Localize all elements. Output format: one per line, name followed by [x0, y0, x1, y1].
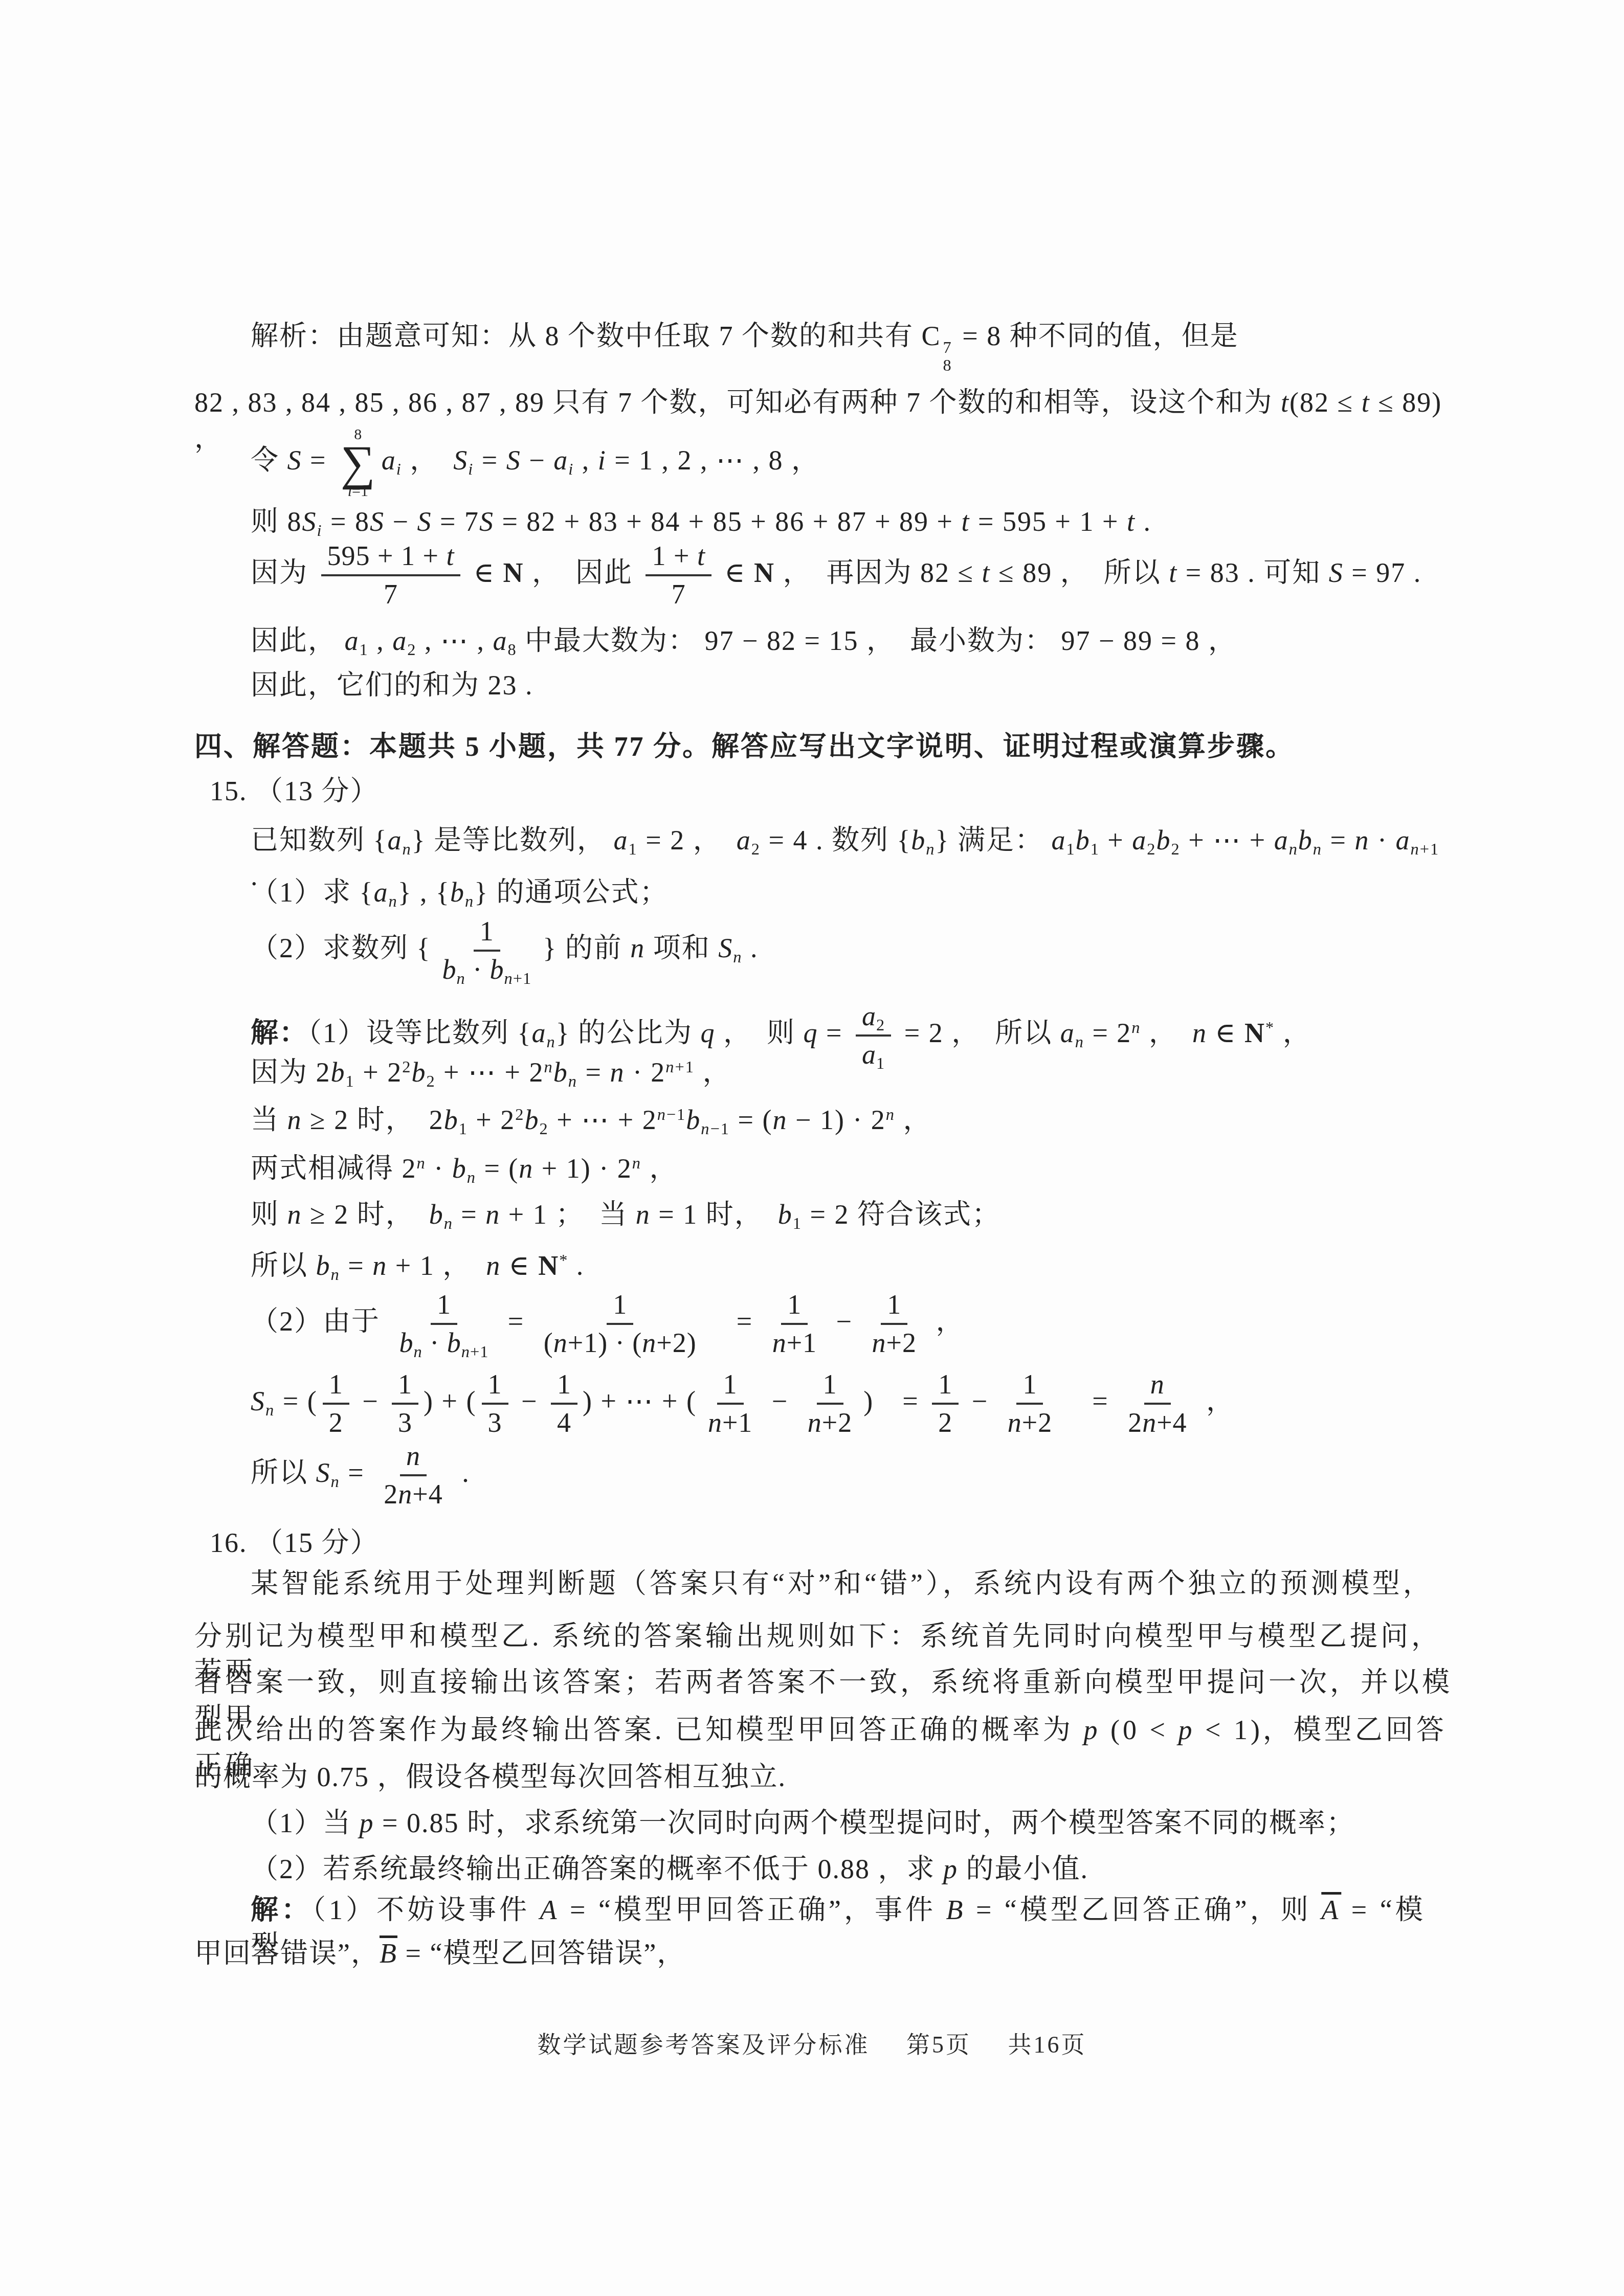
q14-sum-definition-formula: 令 S = 8∑i=1ai ， Si = S − ai , i = 1 , 2 … [251, 427, 1453, 499]
question-16-part2: （2）若系统最终输出正确答案的概率不低于 0.88 ，求 p 的最小值. [251, 1851, 1453, 1887]
q14-divisibility-formula: 因为 595 + 1 + t7 ∈ N ， 因此 1 + t7 ∈ N ， 再因… [251, 541, 1453, 610]
question-15-part2: （2）求数列 {1bn · bn+1} 的前 n 项和 Sn . [251, 916, 1453, 985]
q16-solution-line2: 甲回答错误”，B = “模型乙回答错误”， [194, 1935, 1453, 1971]
page-footer: 数学试题参考答案及评分标准 第5页 共16页 [0, 2026, 1624, 2060]
q15-solution-step3: 当 n ≥ 2 时， 2b1 + 22b2 + ⋯ + 2n−1bn−1 = (… [251, 1102, 1453, 1138]
q15-solution-step2: 因为 2b1 + 22b2 + ⋯ + 2nbn = n · 2n+1 ， [251, 1054, 1453, 1090]
q14-max-min-line: 因此， a1 , a2 , ⋯ , a8 中最大数为： 97 − 82 = 15… [251, 623, 1453, 659]
q15-solution-step5: 则 n ≥ 2 时， bn = n + 1 ； 当 n = 1 时， b1 = … [251, 1197, 1453, 1232]
q15-solution-step4: 两式相减得 2n · bn = (n + 1) · 2n ， [251, 1151, 1453, 1186]
question-15-part1: （1）求 {an} , {bn} 的通项公式； [251, 874, 1453, 910]
footer-total-pages: 共16页 [1008, 2032, 1087, 2058]
q15-part2-sn-result: 所以 Sn = n2n+4 . [251, 1441, 1453, 1510]
q15-part2-telescope-setup: （2）由于 1bn · bn+1 = 1(n+1) · (n+2) = 1n+1… [251, 1290, 1453, 1359]
q14-final-answer-line: 因此，它们的和为 23 . [251, 667, 1453, 703]
q14-sum-equation-formula: 则 8Si = 8S − S = 7S = 82 + 83 + 84 + 85 … [251, 504, 1453, 539]
exam-answer-page: 解析：由题意可知：从 8 个数中任取 7 个数的和共有 C78 = 8 种不同的… [0, 0, 1624, 2296]
question-16-number: 16. （15 分） [210, 1525, 1453, 1561]
question-15-number: 15. （13 分） [210, 773, 1453, 809]
q15-part2-sn-expansion: Sn = (12 − 13) + (13 − 14) + ⋯ + (1n+1 −… [251, 1369, 1453, 1438]
q15-solution-bn-result: 所以 bn = n + 1 ， n ∈ N* . [251, 1248, 1453, 1284]
q14-analysis-intro-line: 解析：由题意可知：从 8 个数中任取 7 个数的和共有 C78 = 8 种不同的… [251, 318, 1453, 375]
footer-page-number: 第5页 [906, 2032, 971, 2058]
q16-statement-line5: 的概率为 0.75 ，假设各模型每次回答相互独立. [194, 1759, 1453, 1795]
section-4-heading: 四、解答题：本题共 5 小题，共 77 分。解答应写出文字说明、证明过程或演算步… [194, 729, 1453, 764]
footer-document-title: 数学试题参考答案及评分标准 [538, 2032, 870, 2058]
question-16-part1: （1）当 p = 0.85 时，求系统第一次同时向两个模型提问时，两个模型答案不… [251, 1805, 1453, 1841]
q16-statement-line1: 某智能系统用于处理判断题（答案只有“对”和“错”），系统内设有两个独立的预测模型… [251, 1566, 1453, 1602]
